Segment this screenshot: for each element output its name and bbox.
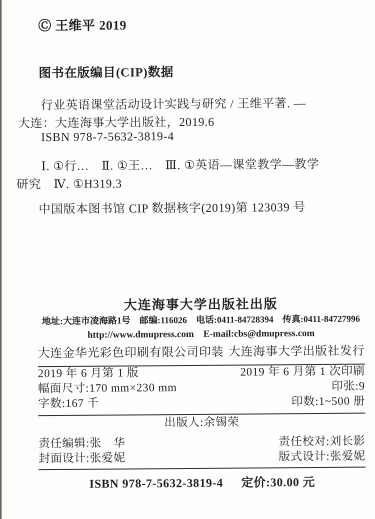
sheets: 印张:9 (331, 380, 365, 395)
publisher-person: 出版人:余锡荣 (38, 414, 365, 434)
layout-designer: 版式设计:张爱妮 (279, 450, 366, 466)
colophon-block: 大连海事大学出版社出版 地址:大连市凌海路1号 邮编:116026 电话:041… (37, 295, 366, 493)
cip-isbn-line: ISBN 978-7-5632-3819-4 (41, 129, 174, 145)
price: 定价:30.00 元 (241, 475, 315, 490)
page-content: Ⓒ 王维平 2019 图书在版编目(CIP)数据 行业英语课堂活动设计实践与研究… (0, 0, 375, 519)
book-copyright-page: Ⓒ 王维平 2019 图书在版编目(CIP)数据 行业英语课堂活动设计实践与研究… (0, 0, 375, 519)
edition: 2019 年 6 月第 1 版 (38, 366, 139, 382)
copyright-notice: Ⓒ 王维平 2019 (38, 14, 127, 34)
edition-row: 2019 年 6 月第 1 版 2019 年 6 月第 1 次印刷 (38, 365, 365, 383)
cip-classification-line1: Ⅰ. ①行… Ⅱ. ①王… Ⅲ. ①英语—课堂教学—教学 (41, 155, 319, 174)
printer-distributor-row: 大连金华光彩色印刷有限公司印装 大连海事大学出版社发行 (38, 341, 365, 368)
distributor-name: 大连海事大学出版社发行 (228, 341, 365, 363)
wordcount-row: 字数:167 千 印数:1~500 册 (38, 395, 365, 417)
cip-heading: 图书在版编目(CIP)数据 (38, 62, 173, 81)
format-size: 幅面尺寸:170 mm×230 mm (38, 381, 177, 397)
cip-record-number: 中国版本图书馆 CIP 数据核字(2019)第 123039 号 (39, 198, 306, 217)
cover-designer: 封面设计:张爱妮 (39, 451, 126, 467)
responsible-editor: 责任编辑:张 华 (38, 436, 125, 452)
isbn-price-line: ISBN 978-7-5632-3819-4定价:30.00 元 (39, 468, 366, 493)
isbn-number: ISBN 978-7-5632-3819-4 (89, 476, 223, 491)
printer-name: 大连金华光彩色印刷有限公司印装 (38, 342, 224, 364)
cip-publisher-line: 大连：大连海事大学出版社，2019.6 (18, 113, 215, 132)
proofreader: 责任校对:刘长影 (278, 435, 365, 451)
cip-classification-line2: 研究 Ⅳ. ①H319.3 (16, 175, 122, 193)
copies: 印数:1~500 册 (291, 395, 365, 411)
publisher-address-line: 地址:大连市凌海路1号 邮编:116026 电话:0411-84728394 传… (37, 312, 364, 330)
cip-title-line: 行业英语课堂活动设计实践与研究 / 王维平著. — (41, 94, 306, 113)
printing: 2019 年 6 月第 1 次印刷 (240, 365, 365, 381)
word-count: 字数:167 千 (38, 397, 99, 412)
